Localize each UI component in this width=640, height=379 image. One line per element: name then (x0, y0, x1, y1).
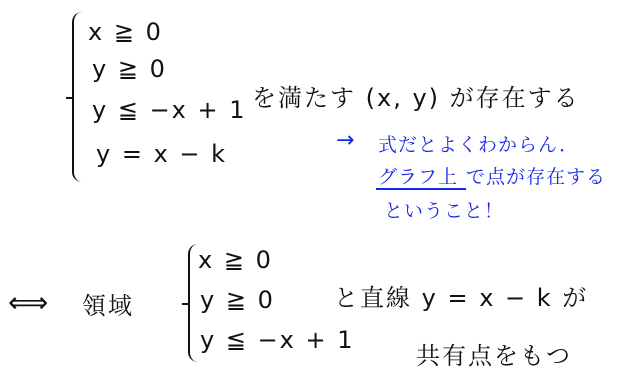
note-line-2-underlined: グラフ上 (378, 162, 458, 189)
bottom-line-1: と直線 y = x − k が (334, 278, 588, 313)
note-arrow: → (336, 128, 355, 153)
bottom-system-brace (188, 244, 198, 362)
top-eq-2: y ≧ 0 (92, 55, 167, 83)
bottom-eq-2: y ≧ 0 (200, 286, 275, 314)
top-eq-3: y ≦ −x + 1 (92, 96, 247, 124)
top-trailing-text: を満たす (x, y) が存在する (252, 78, 580, 113)
bottom-eq-3: y ≦ −x + 1 (200, 326, 355, 354)
bottom-line-2: 共有点をもつ (416, 336, 572, 371)
note-line-2-rest: で点が存在する (466, 162, 606, 189)
note-underline (376, 188, 466, 190)
top-eq-4: y = x − k (96, 140, 227, 168)
region-label: 領域 (82, 286, 134, 321)
note-line-3: ということ！ (384, 196, 504, 223)
bottom-eq-1: x ≧ 0 (198, 246, 273, 274)
equivalence-symbol: ⟺ (8, 286, 50, 319)
top-system-brace (72, 12, 82, 182)
top-eq-1: x ≧ 0 (88, 18, 163, 46)
note-line-1: 式だとよくわからん． (378, 130, 579, 157)
